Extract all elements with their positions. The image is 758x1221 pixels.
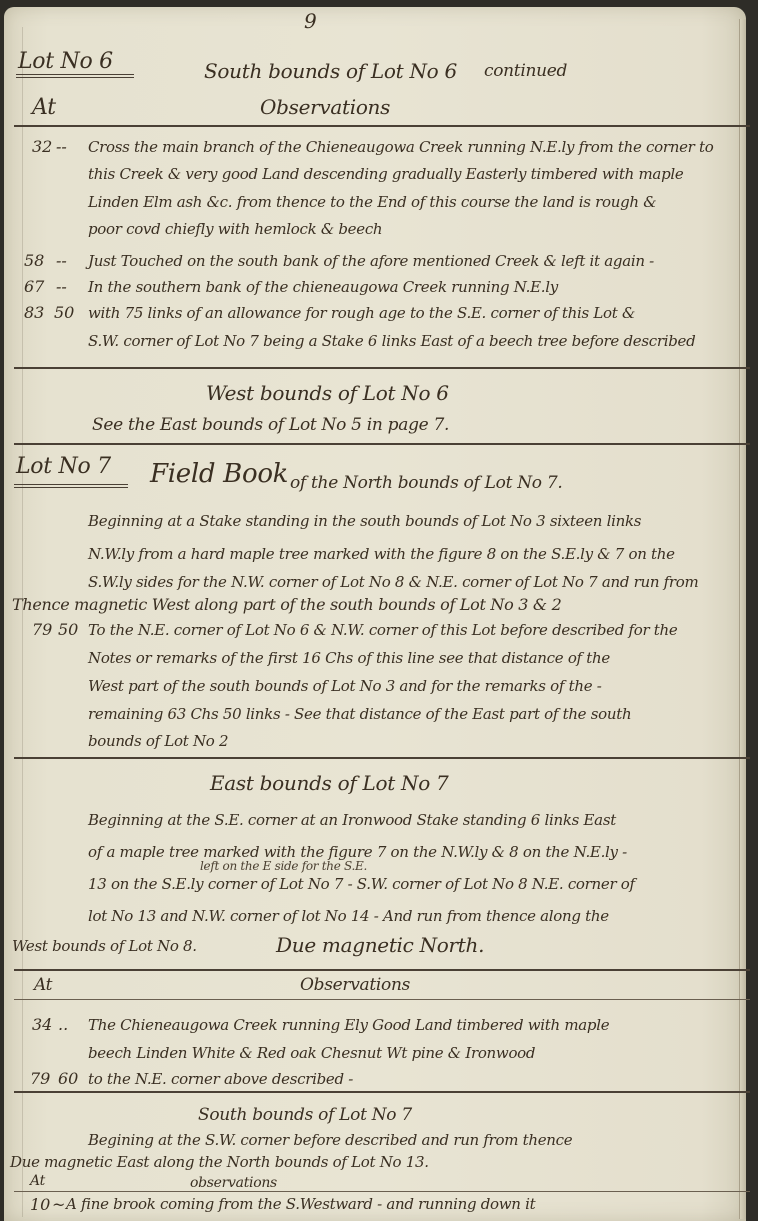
lot7-label-underline-2 (14, 487, 128, 488)
south-line: Begining at the S.W. corner before descr… (88, 1131, 572, 1149)
north-line: Beginning at a Stake standing in the sou… (88, 512, 641, 530)
margin-line (22, 27, 23, 1217)
ledger-page: 9 Lot No 6 South bounds of Lot No 6 cont… (4, 7, 746, 1221)
entry-line: A fine brook coming from the S.Westward … (66, 1195, 535, 1213)
lot7-field-book-title: Field Book (150, 459, 288, 489)
lot6-label-underline (16, 74, 134, 75)
entry-links: .. (58, 1015, 68, 1034)
entry-line: The Chieneaugowa Creek running Ely Good … (88, 1016, 609, 1034)
north-line: S.W.ly sides for the N.W. corner of Lot … (88, 573, 698, 591)
entry-links: 50 (54, 303, 74, 322)
entry-line: In the southern bank of the chieneaugowa… (88, 278, 558, 296)
lot6-continued: continued (484, 61, 567, 81)
entry-chains: 32 (32, 137, 52, 156)
east-line: Beginning at the S.E. corner at an Ironw… (88, 811, 616, 829)
entry-line: with 75 links of an allowance for rough … (88, 304, 635, 322)
entry-chains: 10 (30, 1195, 50, 1214)
lot7-south-heading: South bounds of Lot No 7 (198, 1105, 412, 1125)
east-direction-rule (14, 969, 750, 971)
north-line: N.W.ly from a hard maple tree marked wit… (88, 545, 675, 563)
south-header-rule (14, 1191, 750, 1192)
entry-chains: 34 (32, 1015, 52, 1034)
lot6-label-underline-2 (16, 77, 134, 78)
lot7-field-book-heading: of the North bounds of Lot No 7. (290, 473, 562, 493)
lot7-header-rule (14, 999, 750, 1000)
entry-line: remaining 63 Chs 50 links - See that dis… (88, 705, 631, 723)
thence-line: Thence magnetic West along part of the s… (12, 595, 562, 614)
entry-line: S.W. corner of Lot No 7 being a Stake 6 … (88, 332, 695, 350)
lot6-col-observations: Observations (260, 95, 390, 119)
lot7-margin-label: Lot No 7 (16, 454, 111, 479)
entry-chains: 58 (24, 251, 44, 270)
lot6-heading: South bounds of Lot No 6 (204, 59, 457, 83)
lot7-col-observations: Observations (300, 975, 410, 995)
south-col-at: At (30, 1173, 45, 1189)
lot6-header-rule (14, 125, 750, 127)
page-number: 9 (304, 9, 316, 33)
east-margin-line: West bounds of Lot No 8. (12, 937, 197, 955)
lot6-col-at: At (32, 95, 56, 120)
entry-line: West part of the south bounds of Lot No … (88, 677, 602, 695)
entry-line: poor covd chiefly with hemlock & beech (88, 220, 382, 238)
entry-line: beech Linden White & Red oak Chesnut Wt … (88, 1044, 535, 1062)
east-bounds-end-rule (14, 1091, 750, 1093)
entry-links: -- (56, 137, 67, 156)
entry-line: Just Touched on the south bank of the af… (88, 252, 654, 270)
entry-chains: 79 (32, 620, 52, 639)
entry-line: bounds of Lot No 2 (88, 732, 228, 750)
entry-line: this Creek & very good Land descending g… (88, 165, 683, 183)
entry-line: Cross the main branch of the Chieneaugow… (88, 138, 713, 156)
entry-chains: 79 (30, 1069, 50, 1088)
entry-line: to the N.E. corner above described - (88, 1070, 353, 1088)
entry-links: -- (56, 277, 67, 296)
east-line: lot No 13 and N.W. corner of lot No 14 -… (88, 907, 609, 925)
lot6-margin-label: Lot No 6 (18, 49, 113, 74)
entry-links: 60 (58, 1069, 78, 1088)
lot6-section-end-rule (14, 443, 750, 445)
east-insert: left on the E side for the S.E. (200, 859, 367, 873)
lot6-entries-end-rule (14, 367, 750, 369)
lot7-east-heading: East bounds of Lot No 7 (210, 771, 448, 795)
entry-line: To the N.E. corner of Lot No 6 & N.W. co… (88, 621, 677, 639)
entry-links: -- (56, 251, 67, 270)
entry-links: ~ (52, 1195, 65, 1214)
east-line: 13 on the S.E.ly corner of Lot No 7 - S.… (88, 875, 635, 893)
south-col-observations: observations (190, 1175, 277, 1191)
lot6-west-heading: West bounds of Lot No 6 (206, 381, 449, 405)
lot7-label-underline (14, 484, 128, 485)
entry-line: Linden Elm ash &c. from thence to the En… (88, 193, 656, 211)
entry-line: Notes or remarks of the first 16 Chs of … (88, 649, 610, 667)
east-direction: Due magnetic North. (276, 933, 484, 957)
entry-links: 50 (58, 620, 78, 639)
lot6-west-note: See the East bounds of Lot No 5 in page … (92, 415, 449, 435)
entry-chains: 67 (24, 277, 44, 296)
south-margin-line: Due magnetic East along the North bounds… (10, 1153, 429, 1171)
north-bounds-end-rule (14, 757, 750, 759)
page-edge (739, 19, 746, 1219)
entry-chains: 83 (24, 303, 44, 322)
lot7-col-at: At (34, 975, 52, 995)
